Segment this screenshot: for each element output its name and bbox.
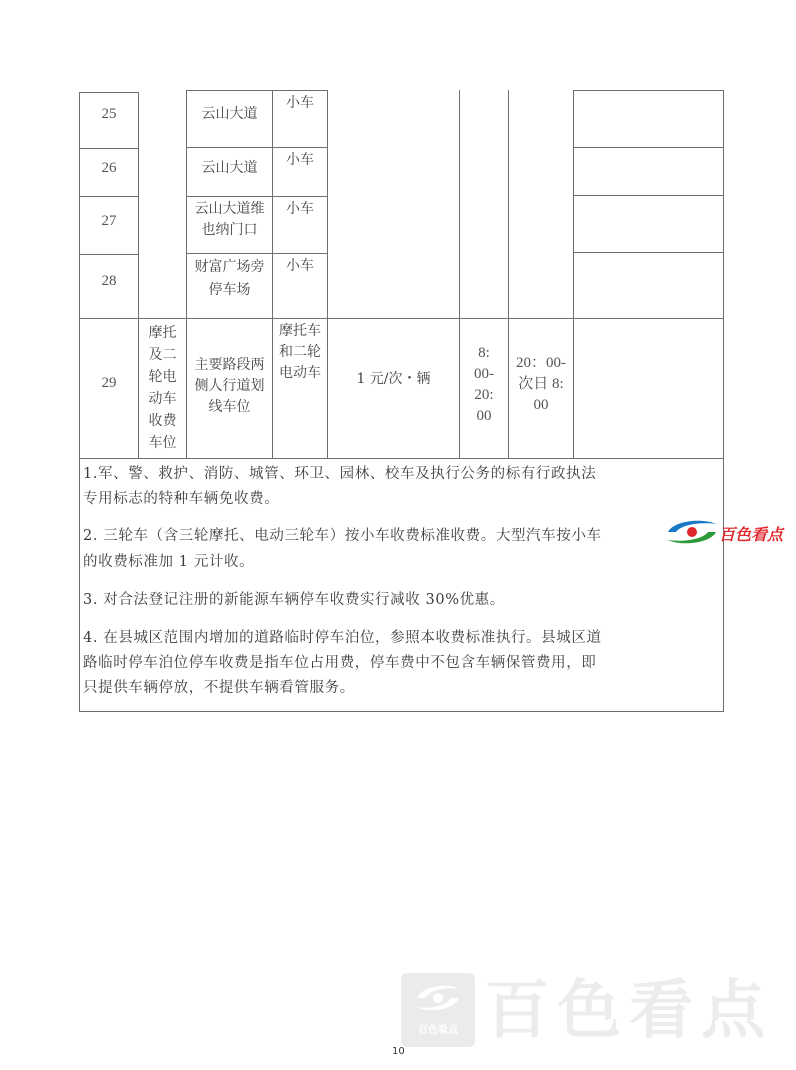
fee-cell: 1 元/次・辆 (328, 368, 459, 390)
location-cell-line: 停车场 (187, 279, 272, 301)
table-border (573, 90, 724, 91)
category-line: 动车 (139, 388, 186, 410)
vehicle-cell: 小车 (273, 92, 327, 114)
note-1-line-2: 专用标志的特种车辆免收费。 (83, 487, 723, 511)
location-cell-line: 财富广场旁 (187, 256, 272, 278)
category-line: 车位 (139, 432, 186, 454)
table-border (723, 458, 724, 712)
vehicle-cell: 小车 (273, 149, 327, 171)
location-line: 线车位 (187, 396, 272, 418)
note-2-line-2: 的收费标准加 1 元计收。 (83, 550, 723, 574)
table-border (186, 196, 328, 197)
vehicle-line: 摩托车 (273, 320, 327, 342)
table-border (186, 90, 328, 91)
table-border (79, 458, 724, 459)
category-line: 轮电 (139, 366, 186, 388)
night-hours-line: 20：00- (509, 352, 573, 374)
table-border (573, 90, 574, 458)
brand-name-inline: 百色看点 (719, 522, 783, 545)
location-line: 主要路段两 (187, 354, 272, 376)
location-cell: 云山大道 (187, 157, 272, 179)
location-cell: 云山大道 (187, 103, 272, 125)
brand-swirl-icon (415, 983, 461, 1013)
location-cell-line: 也纳门口 (187, 219, 272, 241)
day-hours-line: 00- (460, 363, 508, 385)
table-border (186, 147, 328, 148)
night-hours-line: 00 (509, 394, 573, 416)
location-cell-line: 云山大道维 (187, 198, 272, 220)
table-border (573, 147, 724, 148)
row-number: 28 (80, 270, 138, 292)
note-3-line-1: 3. 对合法登记注册的新能源车辆停车收费实行减收 30%优惠。 (83, 588, 723, 612)
table-border (186, 253, 328, 254)
day-hours-line: 20: (460, 384, 508, 406)
table-border (79, 318, 724, 319)
vehicle-cell: 小车 (273, 255, 327, 277)
note-1-line-1: 1.军、警、救护、消防、城管、环卫、园林、校车及执行公务的标有行政执法 (83, 462, 723, 486)
table-border (79, 254, 139, 255)
brand-name-large: 百色看点 (485, 975, 773, 1047)
table-border (79, 92, 139, 93)
table-border (79, 148, 139, 149)
row-number: 26 (80, 157, 138, 179)
table-border (79, 711, 724, 712)
table-border (79, 458, 80, 712)
day-hours-line: 8: (460, 342, 508, 364)
category-line: 摩托 (139, 322, 186, 344)
vehicle-line: 电动车 (273, 362, 327, 384)
category-line: 及二 (139, 344, 186, 366)
night-hours-line: 次日 8: (509, 373, 573, 395)
note-2-line-1: 2. 三轮车（含三轮摩托、电动三轮车）按小车收费标准收费。大型汽车按小车 (83, 524, 723, 548)
location-line: 侧人行道划 (187, 375, 272, 397)
vehicle-line: 和二轮 (273, 341, 327, 363)
row-number: 27 (80, 210, 138, 232)
table-border (79, 196, 139, 197)
day-hours-line: 00 (460, 405, 508, 427)
vehicle-cell: 小车 (273, 198, 327, 220)
table-border (573, 195, 724, 196)
table-border (327, 90, 328, 458)
page-number: 10 (392, 1046, 405, 1057)
brand-swirl-icon (664, 518, 720, 546)
table-border (723, 90, 724, 458)
row-number: 25 (80, 103, 138, 125)
table-border (573, 252, 724, 253)
note-4-line-1: 4. 在县城区范围内增加的道路临时停车泊位，参照本收费标准执行。县城区道 (83, 626, 723, 650)
note-4-line-2: 路临时停车泊位停车收费是指车位占用费，停车费中不包含车辆保管费用，即 (83, 651, 723, 675)
row-number: 29 (80, 372, 138, 394)
category-line: 收费 (139, 410, 186, 432)
note-4-line-3: 只提供车辆停放，不提供车辆看管服务。 (83, 676, 723, 700)
brand-logo-caption: 百色看点 (404, 1021, 472, 1036)
